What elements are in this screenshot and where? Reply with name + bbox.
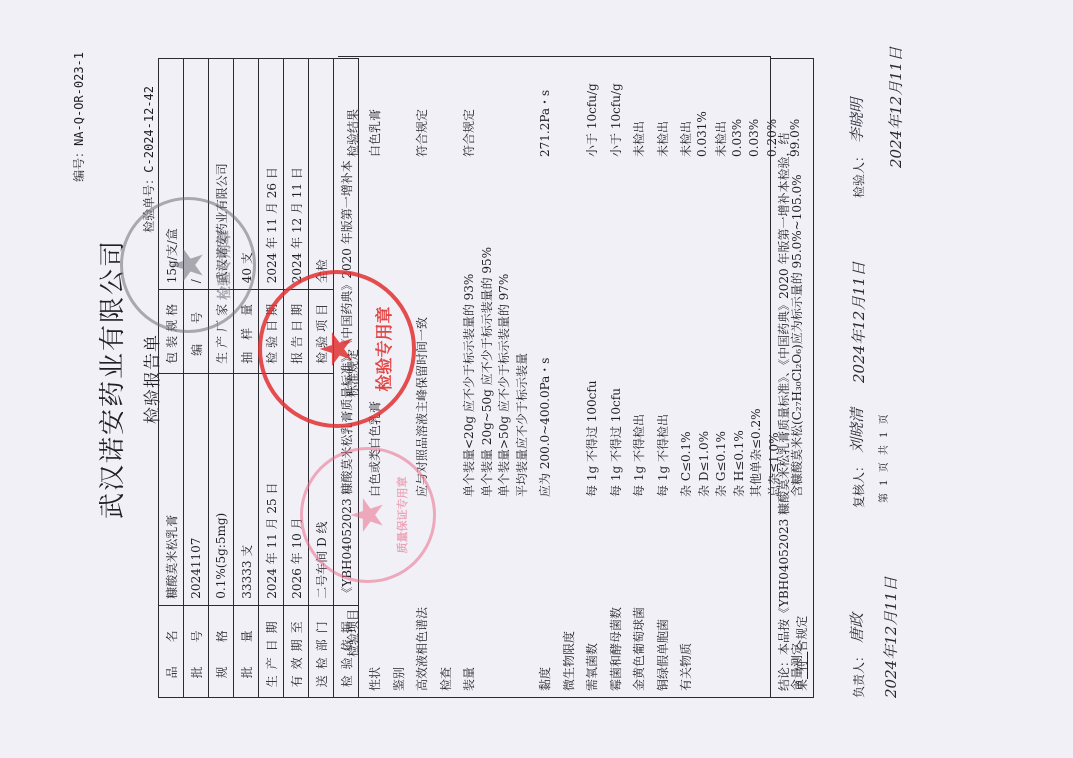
- column-header-result: 检验结果: [344, 109, 361, 157]
- test-report-page: 编号：NA-Q-OR-023-1 武汉诺安药业有限公司 检验报告单 检验单号：C…: [0, 0, 1073, 758]
- value-product-name: 糠酸莫米松乳膏: [159, 374, 184, 605]
- report-number-label: 检验单号：: [142, 173, 156, 233]
- label-batch-no: 批 号: [184, 605, 209, 697]
- conclusion-fill: 符: [795, 652, 809, 679]
- label-product-name: 品 名: [159, 605, 184, 697]
- value-expiry: 2026 年 10 月: [284, 374, 309, 605]
- test-item-result: 0.031%: [695, 111, 709, 157]
- test-item-standard: 应与对照品溶液主峰保留时间一致: [413, 317, 430, 497]
- value-batch-qty: 33333 支: [234, 374, 259, 605]
- header-row: 生产日期 2024 年 11 月 25 日 检验日期 2024 年 11 月 2…: [259, 59, 284, 698]
- value-test-date: 2024 年 11 月 26 日: [259, 59, 284, 290]
- label-department: 送检部门: [309, 605, 334, 697]
- label-manufacturer: 生产厂家: [209, 290, 234, 374]
- test-item-standard: 白色或类白色乳膏: [366, 401, 383, 497]
- responsible-label: 负责人：: [850, 650, 867, 698]
- reviewer-label: 复核人：: [850, 460, 867, 508]
- conclusion-line-2: 果 符 合规定: [793, 65, 811, 691]
- value-test-scope: 全检: [309, 59, 334, 290]
- value-department: 二号车间 D 线: [309, 374, 334, 605]
- test-item-result: 未检出: [677, 121, 694, 157]
- value-production-date: 2024 年 11 月 25 日: [259, 374, 284, 605]
- test-item-standard: 应为 200.0~400.0Pa・s: [536, 358, 553, 497]
- inspector-label: 检验人：: [850, 150, 867, 198]
- label-sample-qty: 抽 样 量: [234, 290, 259, 374]
- value-batch-no: 20241107: [184, 374, 209, 605]
- label-package-spec: 包装规格: [159, 290, 184, 374]
- inspector-date: 2024年12月11日: [885, 47, 906, 168]
- header-row: 批 号 20241107 编 号 /: [184, 59, 209, 698]
- test-item-result: 未检出: [654, 121, 671, 157]
- test-item-standard: 杂 D≤1.0%: [695, 431, 712, 497]
- test-item-name: 检查: [437, 667, 454, 691]
- value-spec: 0.1%(5g:5mg): [209, 374, 234, 605]
- conclusion-box: 结论：本品按《YBH04052023 糠酸莫米松乳膏质量标准》、《中国药典》20…: [770, 58, 814, 698]
- test-item-name: 黏度: [536, 667, 553, 691]
- test-item-name: 金黄色葡萄球菌: [630, 607, 647, 691]
- test-item-name: 鉴别: [390, 667, 407, 691]
- label-production-date: 生产日期: [259, 605, 284, 697]
- test-item-result: 未检出: [712, 121, 729, 157]
- test-item-result: 符合规定: [460, 109, 477, 157]
- header-row: 批 量 33333 支 抽 样 量 40 支: [234, 59, 259, 698]
- test-item-result: 0.03%: [730, 119, 744, 157]
- header-row: 规 格 0.1%(5g:5mg) 生产厂家 武汉诺安药业有限公司: [209, 59, 234, 698]
- test-item-standard: 单个装量<20g 应不少于标示装量的 93%: [460, 274, 477, 497]
- label-test-scope: 检验项目: [309, 290, 334, 374]
- responsible-signature: 唐政: [846, 613, 867, 643]
- test-item-name: 装量: [460, 667, 477, 691]
- test-item-result: 符合规定: [413, 109, 430, 157]
- test-item-name: 霉菌和酵母菌数: [607, 607, 624, 691]
- header-row: 品 名 糠酸莫米松乳膏 包装规格 15g/支/盒: [159, 59, 184, 698]
- label-serial-no: 编 号: [184, 290, 209, 374]
- test-item-standard: 杂 G≤0.1%: [712, 431, 729, 497]
- test-item-standard: 单个装量 20g~50g 应不少于标示装量的 95%: [478, 247, 495, 497]
- test-item-result: 白色乳膏: [366, 109, 383, 157]
- label-report-date: 报告日期: [284, 290, 309, 374]
- test-item-name: 高效液相色谱法: [413, 607, 430, 691]
- label-test-date: 检验日期: [259, 290, 284, 374]
- test-item-standard: 平均装量应不少于标示装量: [513, 353, 530, 497]
- test-item-result: 小于 10cfu/g: [607, 83, 624, 157]
- test-item-standard: 杂 H≤0.1%: [730, 430, 747, 497]
- value-package-spec: 15g/支/盒: [159, 59, 184, 290]
- test-item-name: 铜绿假单胞菌: [654, 619, 671, 691]
- value-serial-no: /: [184, 59, 209, 290]
- column-header-item: 检验项目: [344, 609, 361, 657]
- test-item-result: 未检出: [630, 121, 647, 157]
- reviewer-signature: 刘晓清: [846, 408, 867, 453]
- test-item-standard: 其他单杂≤0.2%: [747, 408, 764, 497]
- test-item-standard: 每 1g 不得过 10cfu: [607, 388, 624, 497]
- reviewer-date: 2024年12月11日: [848, 262, 869, 383]
- document-code: 编号：NA-Q-OR-023-1: [70, 52, 87, 182]
- value-sample-qty: 40 支: [234, 59, 259, 290]
- label-spec: 规 格: [209, 605, 234, 697]
- header-table: 品 名 糠酸莫米松乳膏 包装规格 15g/支/盒 批 号 20241107 编 …: [158, 58, 359, 698]
- test-item-name: 需氧菌数: [583, 643, 600, 691]
- test-item-name: 有关物质: [677, 643, 694, 691]
- report-number-value: C-2024-12-42: [142, 86, 156, 173]
- test-item-standard: 杂 C≤0.1%: [677, 431, 694, 497]
- inspector-signature: 李晓明: [846, 98, 867, 143]
- label-expiry: 有效期至: [284, 605, 309, 697]
- header-row: 送检部门 二号车间 D 线 检验项目 全检: [309, 59, 334, 698]
- conclusion-prefix: 果: [795, 679, 809, 691]
- test-item-name: 性状: [366, 667, 383, 691]
- responsible-date: 2024年12月11日: [880, 577, 901, 698]
- company-name: 武汉诺安药业有限公司: [92, 0, 129, 758]
- value-report-date: 2024 年 12 月 11 日: [284, 59, 309, 290]
- test-item-standard: 每 1g 不得过 100cfu: [583, 380, 600, 497]
- page-info: 第 1 页 共 1 页: [875, 412, 890, 503]
- test-item-result: 小于 10cfu/g: [583, 83, 600, 157]
- test-item-standard: 单个装量>50g 应不少于标示装量的 97%: [495, 274, 512, 497]
- test-item-standard: 每 1g 不得检出: [630, 414, 647, 497]
- label-batch-qty: 批 量: [234, 605, 259, 697]
- column-header-standard: 标准规定: [344, 349, 361, 397]
- test-item-result: 0.03%: [747, 119, 761, 157]
- test-item-result: 271.2Pa・s: [536, 90, 553, 157]
- value-manufacturer: 武汉诺安药业有限公司: [209, 59, 234, 290]
- conclusion-line-1: 结论：本品按《YBH04052023 糠酸莫米松乳膏质量标准》、《中国药典》20…: [775, 65, 793, 691]
- report-number: 检验单号：C-2024-12-42: [140, 86, 157, 233]
- test-item-standard: 每 1g 不得检出: [654, 414, 671, 497]
- header-row: 有效期至 2026 年 10 月 报告日期 2024 年 12 月 11 日: [284, 59, 309, 698]
- test-item-name: 微生物限度: [560, 631, 577, 691]
- test-items-block: 检验项目 标准规定 检验结果 性状白色或类白色乳膏白色乳膏鉴别高效液相色谱法应与…: [338, 56, 771, 698]
- conclusion-suffix: 合规定: [795, 616, 809, 652]
